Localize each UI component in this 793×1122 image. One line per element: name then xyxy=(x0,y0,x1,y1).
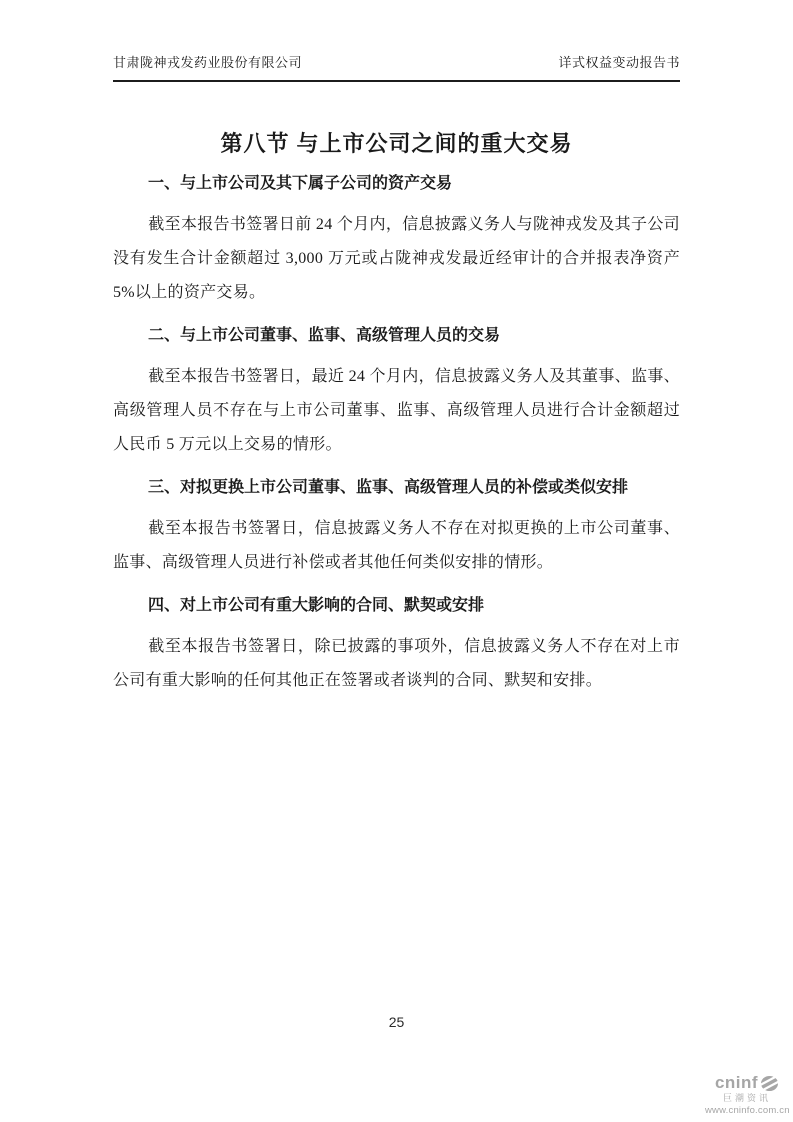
section-body: 截至本报告书签署日，除已披露的事项外，信息披露义务人不存在对上市公司有重大影响的… xyxy=(113,630,680,698)
section-body: 截至本报告书签署日，信息披露义务人不存在对拟更换的上市公司董事、监事、高级管理人… xyxy=(113,512,680,580)
cninfo-logo: cninf 巨潮资讯 www.cninfo.com.cn xyxy=(705,1074,789,1116)
cninfo-swirl-icon xyxy=(760,1075,779,1092)
section-asset-transactions: 一、与上市公司及其下属子公司的资产交易 截至本报告书签署日前 24 个月内，信息… xyxy=(113,173,680,310)
header-doc-type: 详式权益变动报告书 xyxy=(558,52,680,71)
section-compensation-arrangements: 三、对拟更换上市公司董事、监事、高级管理人员的补偿或类似安排 截至本报告书签署日… xyxy=(113,477,680,580)
section-heading: 一、与上市公司及其下属子公司的资产交易 xyxy=(113,173,680,195)
cninfo-brand-row: cninf xyxy=(705,1074,789,1093)
cninfo-brand-text: cninf xyxy=(715,1074,758,1093)
section-heading: 二、与上市公司董事、监事、高级管理人员的交易 xyxy=(113,325,680,347)
page-number: 25 xyxy=(0,1014,793,1030)
header-company-name: 甘肃陇神戎发药业股份有限公司 xyxy=(113,52,302,71)
section-heading: 四、对上市公司有重大影响的合同、默契或安排 xyxy=(113,595,680,617)
page-header: 甘肃陇神戎发药业股份有限公司 详式权益变动报告书 xyxy=(113,0,680,82)
document-page: 甘肃陇神戎发药业股份有限公司 详式权益变动报告书 第八节 与上市公司之间的重大交… xyxy=(0,0,793,1122)
page-title: 第八节 与上市公司之间的重大交易 xyxy=(113,127,680,158)
section-body: 截至本报告书签署日，最近 24 个月内，信息披露义务人及其董事、监事、高级管理人… xyxy=(113,360,680,462)
cninfo-brand-cn: 巨潮资讯 xyxy=(705,1094,789,1104)
section-heading: 三、对拟更换上市公司董事、监事、高级管理人员的补偿或类似安排 xyxy=(113,477,680,499)
section-material-contracts: 四、对上市公司有重大影响的合同、默契或安排 截至本报告书签署日，除已披露的事项外… xyxy=(113,595,680,698)
cninfo-url: www.cninfo.com.cn xyxy=(705,1106,789,1116)
section-body: 截至本报告书签署日前 24 个月内，信息披露义务人与陇神戎发及其子公司没有发生合… xyxy=(113,208,680,310)
section-director-transactions: 二、与上市公司董事、监事、高级管理人员的交易 截至本报告书签署日，最近 24 个… xyxy=(113,325,680,462)
